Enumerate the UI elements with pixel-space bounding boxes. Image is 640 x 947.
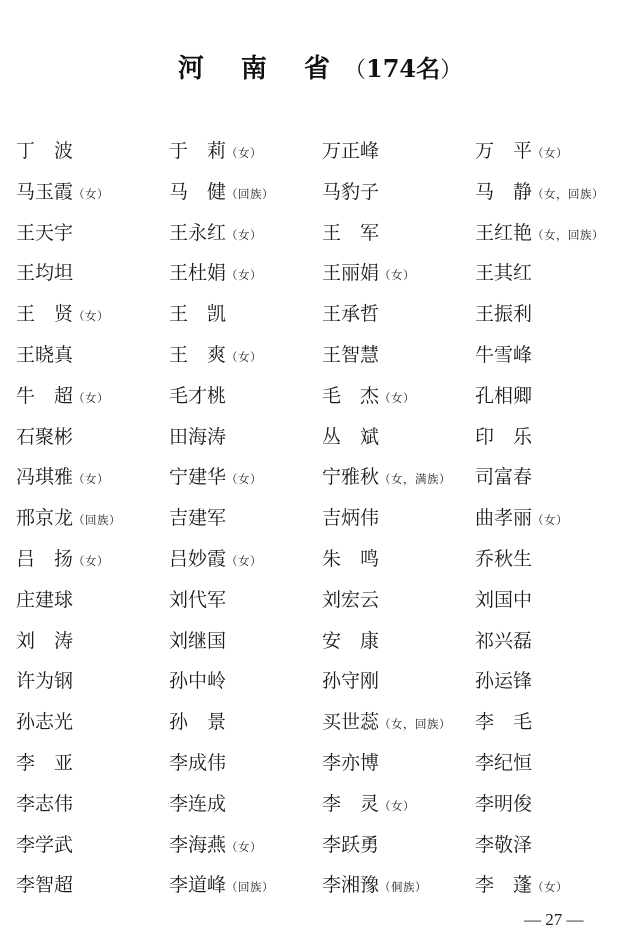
person-annotation: （女，回族） (532, 228, 604, 242)
person-name: 孙中岭 (169, 670, 226, 692)
name-row: 马玉霞（女）马 健（回族）马豹子马 静（女，回族） (16, 174, 636, 215)
person-name: 司富春 (475, 466, 532, 488)
person-annotation: （女，回族） (532, 187, 604, 201)
list-item: 冯琪雅（女） (16, 459, 169, 500)
list-item: 万 平（女） (475, 133, 628, 174)
list-item: 孔相卿 (475, 378, 628, 419)
list-item: 王 凯 (169, 296, 322, 337)
person-name: 朱 鸣 (322, 548, 379, 570)
list-item: 许为钢 (16, 663, 169, 704)
list-item: 李 灵（女） (322, 786, 475, 827)
list-item: 王天宇 (16, 215, 169, 256)
list-item: 李连成 (169, 786, 322, 827)
name-list: 丁 波于 莉（女）万正峰万 平（女）马玉霞（女）马 健（回族）马豹子马 静（女，… (16, 133, 636, 908)
list-item: 乔秋生 (475, 541, 628, 582)
person-annotation: （女） (226, 840, 262, 854)
name-row: 王晓真王 爽（女）王智慧牛雪峰 (16, 337, 636, 378)
person-name: 石聚彬 (16, 426, 73, 448)
list-item: 宁建华（女） (169, 459, 322, 500)
person-name: 刘国中 (475, 589, 532, 611)
list-item: 王杜娟（女） (169, 255, 322, 296)
person-name: 牛雪峰 (475, 344, 532, 366)
person-name: 李明俊 (475, 793, 532, 815)
count-open-paren: （ (344, 58, 366, 83)
list-item: 毛才桃 (169, 378, 322, 419)
person-name: 曲孝丽 (475, 507, 532, 529)
person-annotation: （女） (226, 472, 262, 486)
person-annotation: （女） (73, 554, 109, 568)
person-annotation: （回族） (73, 513, 121, 527)
person-name: 王晓真 (16, 344, 73, 366)
list-item: 刘代军 (169, 582, 322, 623)
person-name: 毛 杰 (322, 385, 379, 407)
person-name: 邢京龙 (16, 507, 73, 529)
person-name: 王杜娟 (169, 262, 226, 284)
list-item: 王其红 (475, 255, 628, 296)
list-item: 王红艳（女，回族） (475, 215, 628, 256)
list-item: 马豹子 (322, 174, 475, 215)
list-item: 刘继国 (169, 623, 322, 664)
person-name: 庄建球 (16, 589, 73, 611)
list-item: 朱 鸣 (322, 541, 475, 582)
list-item: 王振利 (475, 296, 628, 337)
person-name: 祁兴磊 (475, 630, 532, 652)
list-item: 李海燕（女） (169, 827, 322, 868)
person-name: 李 亚 (16, 752, 73, 774)
person-annotation: （女） (379, 391, 415, 405)
person-annotation: （女） (532, 146, 568, 160)
person-name: 吉建军 (169, 507, 226, 529)
person-name: 孙运锋 (475, 670, 532, 692)
name-row: 吕 扬（女）吕妙霞（女）朱 鸣乔秋生 (16, 541, 636, 582)
list-item: 吉建军 (169, 500, 322, 541)
list-item: 吕 扬（女） (16, 541, 169, 582)
person-annotation: （女） (226, 268, 262, 282)
person-name: 王 爽 (169, 344, 226, 366)
list-item: 宁雅秋（女，满族） (322, 459, 475, 500)
person-name: 宁雅秋 (322, 466, 379, 488)
person-name: 刘代军 (169, 589, 226, 611)
list-item: 孙志光 (16, 704, 169, 745)
person-name: 丛 斌 (322, 426, 379, 448)
list-item: 李成伟 (169, 745, 322, 786)
person-name: 王永红 (169, 222, 226, 244)
person-name: 李湘豫 (322, 874, 379, 896)
list-item: 孙中岭 (169, 663, 322, 704)
person-name: 印 乐 (475, 426, 532, 448)
name-row: 石聚彬田海涛丛 斌印 乐 (16, 419, 636, 460)
list-item: 孙守刚 (322, 663, 475, 704)
person-name: 李敬泽 (475, 834, 532, 856)
list-item: 万正峰 (322, 133, 475, 174)
list-item: 李跃勇 (322, 827, 475, 868)
list-item: 吉炳伟 (322, 500, 475, 541)
list-item: 李湘豫（侗族） (322, 867, 475, 908)
name-row: 庄建球刘代军刘宏云刘国中 (16, 582, 636, 623)
list-item: 刘国中 (475, 582, 628, 623)
person-name: 田海涛 (169, 426, 226, 448)
person-name: 王红艳 (475, 222, 532, 244)
person-annotation: （回族） (226, 880, 274, 894)
person-name: 马 健 (169, 181, 226, 203)
list-item: 李智超 (16, 867, 169, 908)
list-item: 毛 杰（女） (322, 378, 475, 419)
list-item: 李纪恒 (475, 745, 628, 786)
count-close-paren: ） (440, 58, 462, 83)
person-name: 吕妙霞 (169, 548, 226, 570)
person-name: 马玉霞 (16, 181, 73, 203)
name-row: 王天宇王永红（女）王 军王红艳（女，回族） (16, 215, 636, 256)
list-item: 王承哲 (322, 296, 475, 337)
list-item: 李 亚 (16, 745, 169, 786)
list-item: 王 爽（女） (169, 337, 322, 378)
person-annotation: （女） (532, 513, 568, 527)
person-name: 孙志光 (16, 711, 73, 733)
list-item: 王永红（女） (169, 215, 322, 256)
list-item: 李学武 (16, 827, 169, 868)
list-item: 王 军 (322, 215, 475, 256)
list-item: 马玉霞（女） (16, 174, 169, 215)
person-name: 吕 扬 (16, 548, 73, 570)
person-name: 冯琪雅 (16, 466, 73, 488)
person-name: 李 灵 (322, 793, 379, 815)
list-item: 李 蓬（女） (475, 867, 628, 908)
person-name: 孙 景 (169, 711, 226, 733)
person-name: 王其红 (475, 262, 532, 284)
list-item: 丛 斌 (322, 419, 475, 460)
name-row: 王 贤（女）王 凯王承哲王振利 (16, 296, 636, 337)
person-name: 李海燕 (169, 834, 226, 856)
name-row: 王均坦王杜娟（女）王丽娟（女）王其红 (16, 255, 636, 296)
person-name: 王 贤 (16, 303, 73, 325)
list-item: 司富春 (475, 459, 628, 500)
list-item: 孙运锋 (475, 663, 628, 704)
person-name: 李志伟 (16, 793, 73, 815)
person-name: 刘宏云 (322, 589, 379, 611)
person-name: 万正峰 (322, 140, 379, 162)
list-item: 刘宏云 (322, 582, 475, 623)
person-name: 王天宇 (16, 222, 73, 244)
person-annotation: （女） (226, 228, 262, 242)
list-item: 李志伟 (16, 786, 169, 827)
list-item: 牛雪峰 (475, 337, 628, 378)
person-name: 孙守刚 (322, 670, 379, 692)
person-name: 李亦博 (322, 752, 379, 774)
name-row: 丁 波于 莉（女）万正峰万 平（女） (16, 133, 636, 174)
list-item: 刘 涛 (16, 623, 169, 664)
person-name: 王 凯 (169, 303, 226, 325)
list-item: 李亦博 (322, 745, 475, 786)
person-name: 李跃勇 (322, 834, 379, 856)
name-row: 李志伟李连成李 灵（女）李明俊 (16, 786, 636, 827)
list-item: 李敬泽 (475, 827, 628, 868)
person-annotation: （女，回族） (379, 717, 451, 731)
person-annotation: （女） (379, 268, 415, 282)
list-item: 于 莉（女） (169, 133, 322, 174)
list-item: 安 康 (322, 623, 475, 664)
list-item: 祁兴磊 (475, 623, 628, 664)
person-name: 王承哲 (322, 303, 379, 325)
list-item: 田海涛 (169, 419, 322, 460)
person-name: 乔秋生 (475, 548, 532, 570)
list-item: 孙 景 (169, 704, 322, 745)
list-item: 马 静（女，回族） (475, 174, 628, 215)
person-annotation: （女） (73, 187, 109, 201)
name-row: 刘 涛刘继国安 康祁兴磊 (16, 623, 636, 664)
list-item: 王 贤（女） (16, 296, 169, 337)
person-annotation: （女） (379, 799, 415, 813)
count-number: 174 (366, 54, 416, 83)
name-row: 许为钢孙中岭孙守刚孙运锋 (16, 663, 636, 704)
person-name: 刘 涛 (16, 630, 73, 652)
name-row: 李学武李海燕（女）李跃勇李敬泽 (16, 827, 636, 868)
person-annotation: （女） (226, 146, 262, 160)
person-name: 刘继国 (169, 630, 226, 652)
person-annotation: （侗族） (379, 880, 427, 894)
name-row: 邢京龙（回族）吉建军吉炳伟曲孝丽（女） (16, 500, 636, 541)
person-name: 李 蓬 (475, 874, 532, 896)
name-row: 李 亚李成伟李亦博李纪恒 (16, 745, 636, 786)
person-name: 李学武 (16, 834, 73, 856)
person-name: 牛 超 (16, 385, 73, 407)
person-name: 吉炳伟 (322, 507, 379, 529)
name-row: 牛 超（女）毛才桃毛 杰（女）孔相卿 (16, 378, 636, 419)
person-name: 安 康 (322, 630, 379, 652)
list-item: 石聚彬 (16, 419, 169, 460)
person-annotation: （女） (73, 309, 109, 323)
list-item: 李明俊 (475, 786, 628, 827)
person-name: 买世蕊 (322, 711, 379, 733)
person-name: 王智慧 (322, 344, 379, 366)
name-row: 孙志光孙 景买世蕊（女，回族）李 毛 (16, 704, 636, 745)
person-annotation: （女） (73, 472, 109, 486)
person-annotation: （回族） (226, 187, 274, 201)
person-annotation: （女，满族） (379, 472, 451, 486)
name-row: 李智超李道峰（回族）李湘豫（侗族）李 蓬（女） (16, 867, 636, 908)
person-name: 丁 波 (16, 140, 73, 162)
person-annotation: （女） (532, 880, 568, 894)
list-item: 牛 超（女） (16, 378, 169, 419)
person-name: 宁建华 (169, 466, 226, 488)
list-item: 王均坦 (16, 255, 169, 296)
province-name: 河 南 省 (178, 54, 344, 84)
person-name: 万 平 (475, 140, 532, 162)
person-name: 李成伟 (169, 752, 226, 774)
person-name: 王丽娟 (322, 262, 379, 284)
person-name: 王振利 (475, 303, 532, 325)
list-item: 曲孝丽（女） (475, 500, 628, 541)
list-item: 吕妙霞（女） (169, 541, 322, 582)
person-annotation: （女） (226, 554, 262, 568)
list-item: 王丽娟（女） (322, 255, 475, 296)
person-name: 许为钢 (16, 670, 73, 692)
person-name: 王均坦 (16, 262, 73, 284)
person-annotation: （女） (226, 350, 262, 364)
person-name: 李连成 (169, 793, 226, 815)
list-item: 李道峰（回族） (169, 867, 322, 908)
person-name: 王 军 (322, 222, 379, 244)
list-item: 印 乐 (475, 419, 628, 460)
person-name: 马豹子 (322, 181, 379, 203)
person-name: 毛才桃 (169, 385, 226, 407)
list-item: 买世蕊（女，回族） (322, 704, 475, 745)
list-item: 丁 波 (16, 133, 169, 174)
list-item: 王晓真 (16, 337, 169, 378)
delegate-count: （174名） (344, 58, 462, 83)
person-name: 马 静 (475, 181, 532, 203)
list-item: 李 毛 (475, 704, 628, 745)
person-annotation: （女） (73, 391, 109, 405)
name-row: 冯琪雅（女）宁建华（女）宁雅秋（女，满族）司富春 (16, 459, 636, 500)
page-title: 河 南 省（174名） (0, 48, 640, 85)
list-item: 邢京龙（回族） (16, 500, 169, 541)
list-item: 庄建球 (16, 582, 169, 623)
person-name: 李 毛 (475, 711, 532, 733)
list-item: 王智慧 (322, 337, 475, 378)
person-name: 李纪恒 (475, 752, 532, 774)
page-number: — 27 — (524, 910, 584, 930)
person-name: 李道峰 (169, 874, 226, 896)
person-name: 于 莉 (169, 140, 226, 162)
person-name: 李智超 (16, 874, 73, 896)
list-item: 马 健（回族） (169, 174, 322, 215)
count-unit: 名 (416, 54, 440, 83)
person-name: 孔相卿 (475, 385, 532, 407)
